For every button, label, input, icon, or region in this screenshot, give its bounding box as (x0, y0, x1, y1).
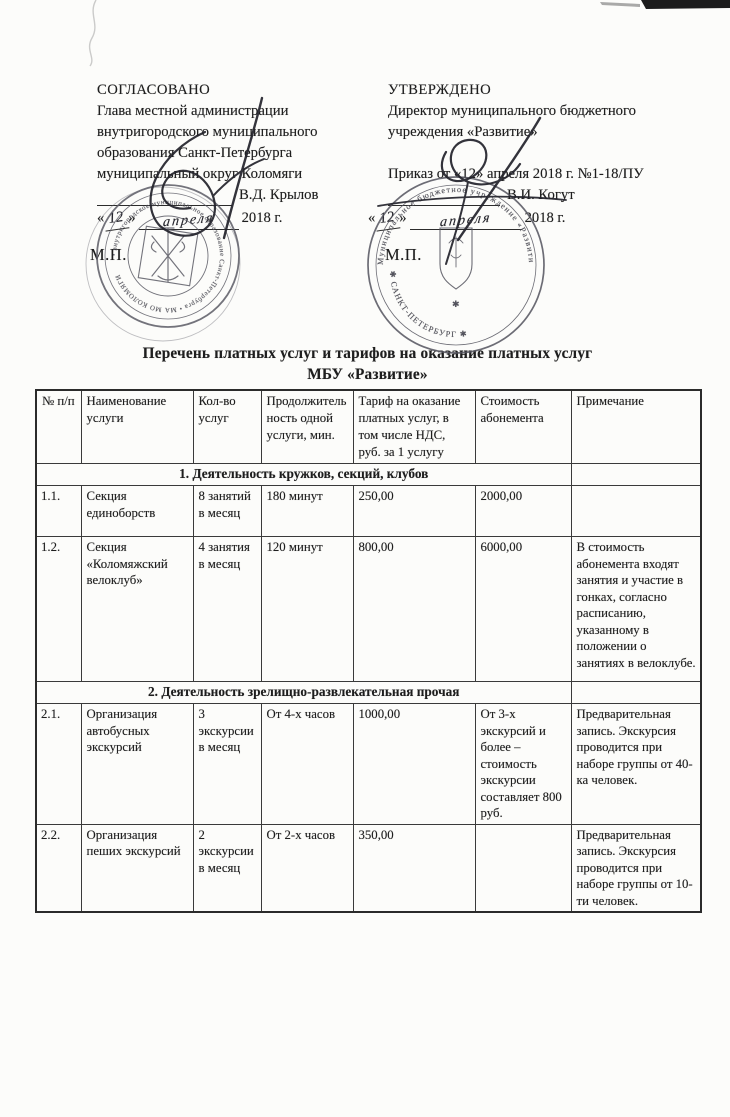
utverzhdeno-heading: УТВЕРЖДЕНО (388, 80, 724, 101)
empty-cell (571, 682, 701, 704)
service-name: Секция «Коломяжский велоклуб» (81, 537, 193, 682)
service-duration: 120 минут (261, 537, 353, 682)
soglasovano-heading: СОГЛАСОВАНО (97, 80, 389, 101)
row-num: 2.2. (36, 824, 81, 912)
signature-line (388, 189, 500, 206)
seal-place-mark: М.П. (385, 244, 724, 265)
service-note: Предварительная запись. Экскурсия провод… (571, 824, 701, 912)
service-duration: От 4-х часов (261, 704, 353, 825)
service-note: Предварительная запись. Экскурсия провод… (571, 704, 701, 825)
service-abonement: От 3-х экскурсий и более – стоимость экс… (475, 704, 571, 825)
col-header-num: № п/п (36, 390, 81, 464)
handwritten-month: апреля (162, 208, 216, 234)
signature-row: В.И. Когут (388, 185, 724, 206)
year-label: 2018 г. (525, 210, 566, 226)
table-header-row: № п/п Наименование услуги Кол-во услуг П… (36, 390, 701, 464)
fold-mark-artifact (90, 0, 96, 66)
service-qty: 3 экскурсии в месяц (193, 704, 261, 825)
services-tariff-table: № п/п Наименование услуги Кол-во услуг П… (35, 389, 702, 913)
table-row: 1.2. Секция «Коломяжский велоклуб» 4 зан… (36, 537, 701, 682)
service-name: Организация автобусных экскурсий (81, 704, 193, 825)
signature-line (97, 189, 232, 206)
section-label: 1. Деятельность кружков, секций, клубов (36, 464, 571, 486)
title-line-2: МБУ «Развитие» (35, 364, 700, 385)
date-row: «12»апреля2018 г. (97, 208, 389, 231)
star-glyph: ✱ (452, 299, 460, 309)
month-blank-line: апреля (139, 210, 239, 230)
service-tariff: 1000,00 (353, 704, 475, 825)
scanned-document-page: СОГЛАСОВАНО Глава местной администрации … (0, 0, 730, 1117)
service-name: Секция единоборств (81, 486, 193, 537)
service-note (571, 486, 701, 537)
col-header-tariff: Тариф на оказание платных услуг, в том ч… (353, 390, 475, 464)
handwritten-month: апреля (439, 208, 493, 234)
service-qty: 8 занятий в месяц (193, 486, 261, 537)
signatory-name: В.Д. Крылов (239, 187, 318, 203)
quote-close: » (128, 210, 135, 226)
approver-title-line: муниципальный округ Коломяги (97, 164, 389, 185)
handwritten-day: 12 (103, 206, 130, 231)
col-header-abonement: Стоимость абонемента (475, 390, 571, 464)
service-note: В стоимость абонемента входят занятия и … (571, 537, 701, 682)
signature-row: В.Д. Крылов (97, 185, 389, 206)
approver-title-line: учреждения «Развитие» (388, 122, 724, 143)
service-abonement (475, 824, 571, 912)
table-row: 2.2. Организация пеших экскурсий 2 экску… (36, 824, 701, 912)
service-duration: От 2-х часов (261, 824, 353, 912)
table-row: 2.1. Организация автобусных экскурсий 3 … (36, 704, 701, 825)
seal-bottom-arc-text: ✱ САНКТ-ПЕТЕРБУРГ ✱ (388, 271, 469, 340)
service-tariff: 800,00 (353, 537, 475, 682)
col-header-note: Примечание (571, 390, 701, 464)
service-abonement: 6000,00 (475, 537, 571, 682)
title-line-1: Перечень платных услуг и тарифов на оказ… (35, 343, 700, 364)
quote-close: » (399, 210, 406, 226)
col-header-duration: Продолжительность одной услуги, мин. (261, 390, 353, 464)
row-num: 1.2. (36, 537, 81, 682)
table-row: 1.1. Секция единоборств 8 занятий в меся… (36, 486, 701, 537)
row-num: 2.1. (36, 704, 81, 825)
date-row: «12»апреля2018 г. (368, 208, 724, 231)
service-qty: 2 экскурсии в месяц (193, 824, 261, 912)
service-tariff: 350,00 (353, 824, 475, 912)
approver-title-line: образования Санкт-Петербурга (97, 143, 389, 164)
approver-title-line: внутригородского муниципального (97, 122, 389, 143)
blank-line (388, 143, 724, 164)
approval-block-utverzhdeno: УТВЕРЖДЕНО Директор муниципального бюдже… (388, 80, 724, 265)
service-duration: 180 минут (261, 486, 353, 537)
signatory-name: В.И. Когут (507, 187, 575, 203)
section-label: 2. Деятельность зрелищно-развлекательная… (36, 682, 571, 704)
service-qty: 4 занятия в месяц (193, 537, 261, 682)
col-header-service: Наименование услуги (81, 390, 193, 464)
section-header-row: 1. Деятельность кружков, секций, клубов (36, 464, 701, 486)
order-reference-line: Приказ от «12» апреля 2018 г. №1-18/ПУ (388, 164, 724, 185)
month-blank-line: апреля (410, 210, 522, 230)
seal-place-mark: М.П. (90, 244, 389, 265)
service-name: Организация пеших экскурсий (81, 824, 193, 912)
year-label: 2018 г. (242, 210, 283, 226)
section-header-row: 2. Деятельность зрелищно-развлекательная… (36, 682, 701, 704)
row-num: 1.1. (36, 486, 81, 537)
service-tariff: 250,00 (353, 486, 475, 537)
scan-streak-artifact (641, 0, 730, 9)
handwritten-day: 12 (374, 206, 401, 231)
col-header-qty: Кол-во услуг (193, 390, 261, 464)
empty-cell (571, 464, 701, 486)
approver-title-line: Директор муниципального бюджетного (388, 101, 724, 122)
approval-block-soglasovano: СОГЛАСОВАНО Глава местной администрации … (97, 80, 389, 265)
document-title: Перечень платных услуг и тарифов на оказ… (35, 343, 700, 385)
service-abonement: 2000,00 (475, 486, 571, 537)
approver-title-line: Глава местной администрации (97, 101, 389, 122)
